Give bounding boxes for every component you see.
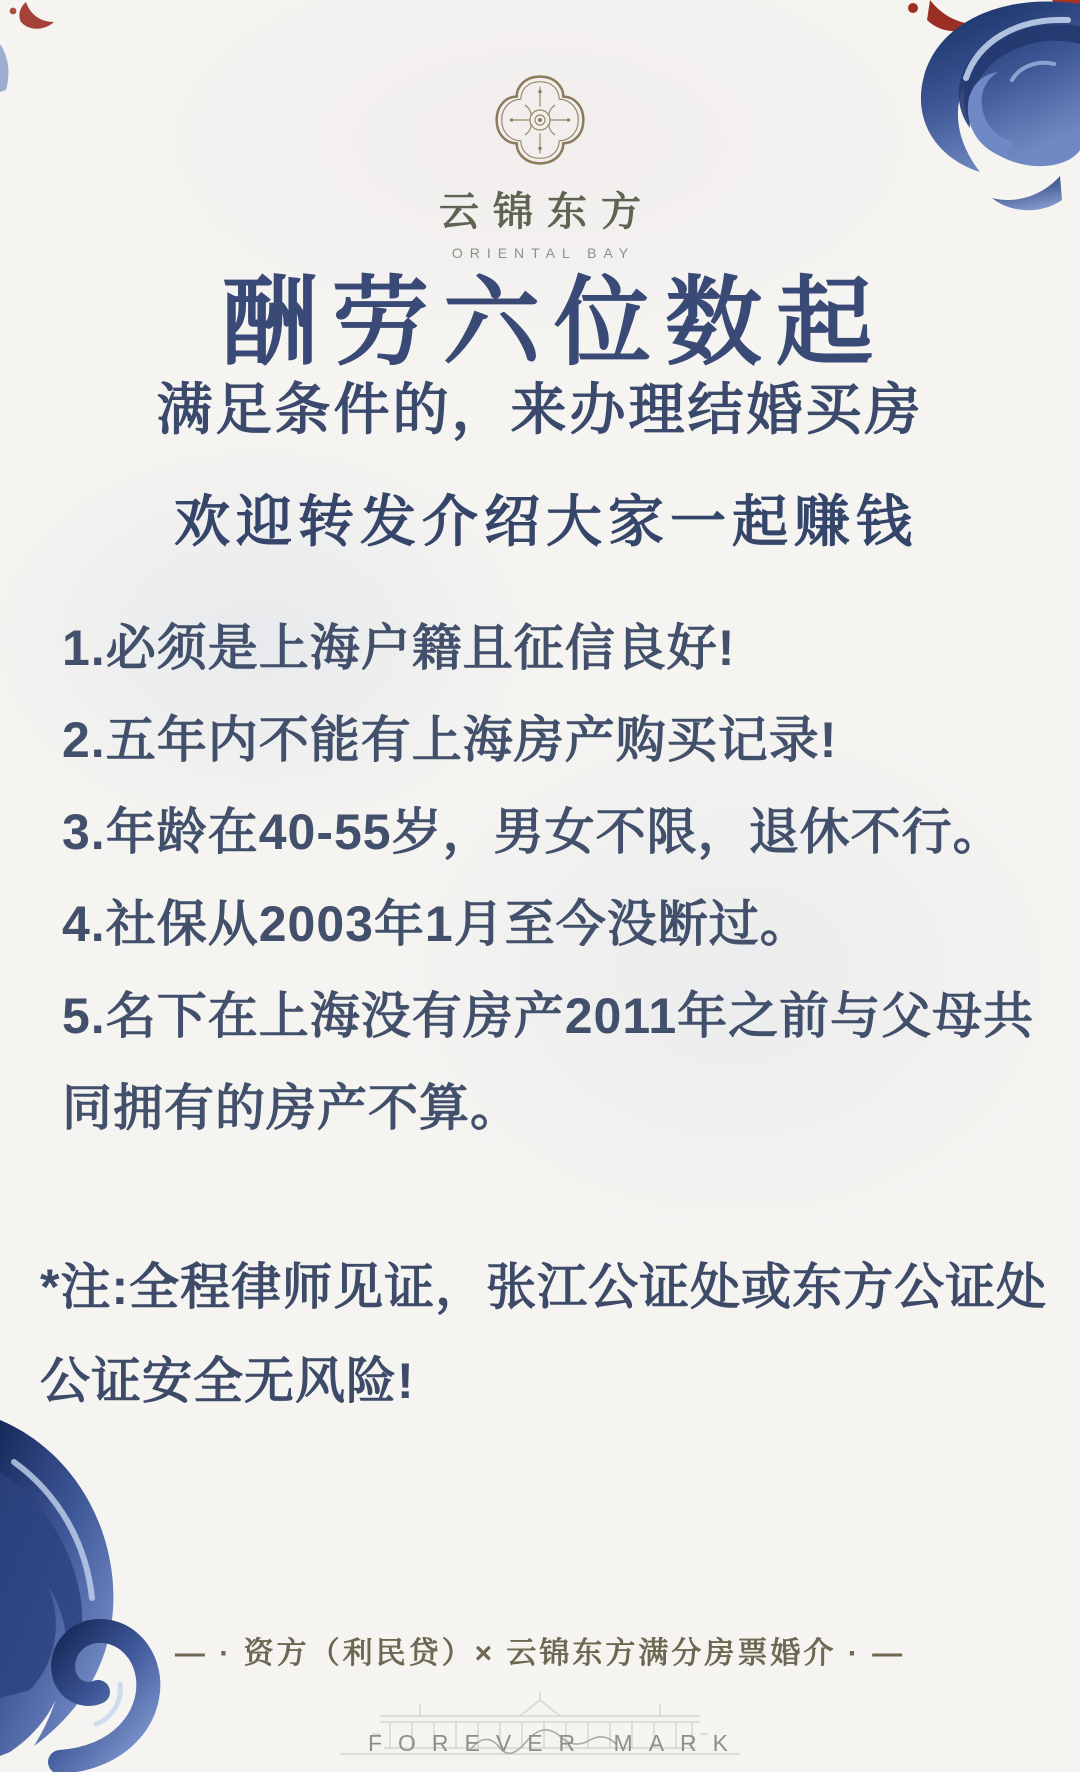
condition-item-5: 5.名下在上海没有房产2011年之前与父母共同拥有的房产不算。 [62, 970, 1042, 1154]
watermark-block: FOREVER MARK [0, 1688, 1080, 1772]
promo-poster: 云锦东方 ORIENTAL BAY 酬劳六位数起 满足条件的，来办理结婚买房 欢… [0, 0, 1080, 1772]
condition-item-2: 2.五年内不能有上海房产购买记录! [62, 694, 1042, 786]
condition-item-4: 4.社保从2003年1月至今没断过。 [62, 878, 1042, 970]
conditions-list: 1.必须是上海户籍且征信良好! 2.五年内不能有上海房产购买记录! 3.年龄在4… [62, 602, 1042, 1154]
poster-title: 酬劳六位数起 [0, 244, 1080, 384]
poster-subtitle: 满足条件的，来办理结婚买房 [0, 366, 1080, 446]
quatrefoil-emblem-icon [488, 70, 592, 170]
footer-credit: — · 资方（利民贷）× 云锦东方满分房票婚介 · — [0, 1628, 1080, 1672]
forever-mark-label: FOREVER MARK [0, 1730, 1080, 1757]
note-line-2: 公证安全无风险! [40, 1334, 1050, 1428]
note-line-1: *注:全程律师见证，张江公证处或东方公证处 [40, 1240, 1050, 1334]
brand-block: 云锦东方 ORIENTAL BAY [0, 70, 1080, 261]
condition-item-3: 3.年龄在40-55岁，男女不限，退休不行。 [62, 786, 1042, 878]
poster-tagline: 欢迎转发介绍大家一起赚钱 [0, 478, 1080, 558]
condition-item-1: 1.必须是上海户籍且征信良好! [62, 602, 1042, 694]
notary-note: *注:全程律师见证，张江公证处或东方公证处 公证安全无风险! [40, 1240, 1050, 1428]
brand-name-cn: 云锦东方 [0, 180, 1080, 237]
